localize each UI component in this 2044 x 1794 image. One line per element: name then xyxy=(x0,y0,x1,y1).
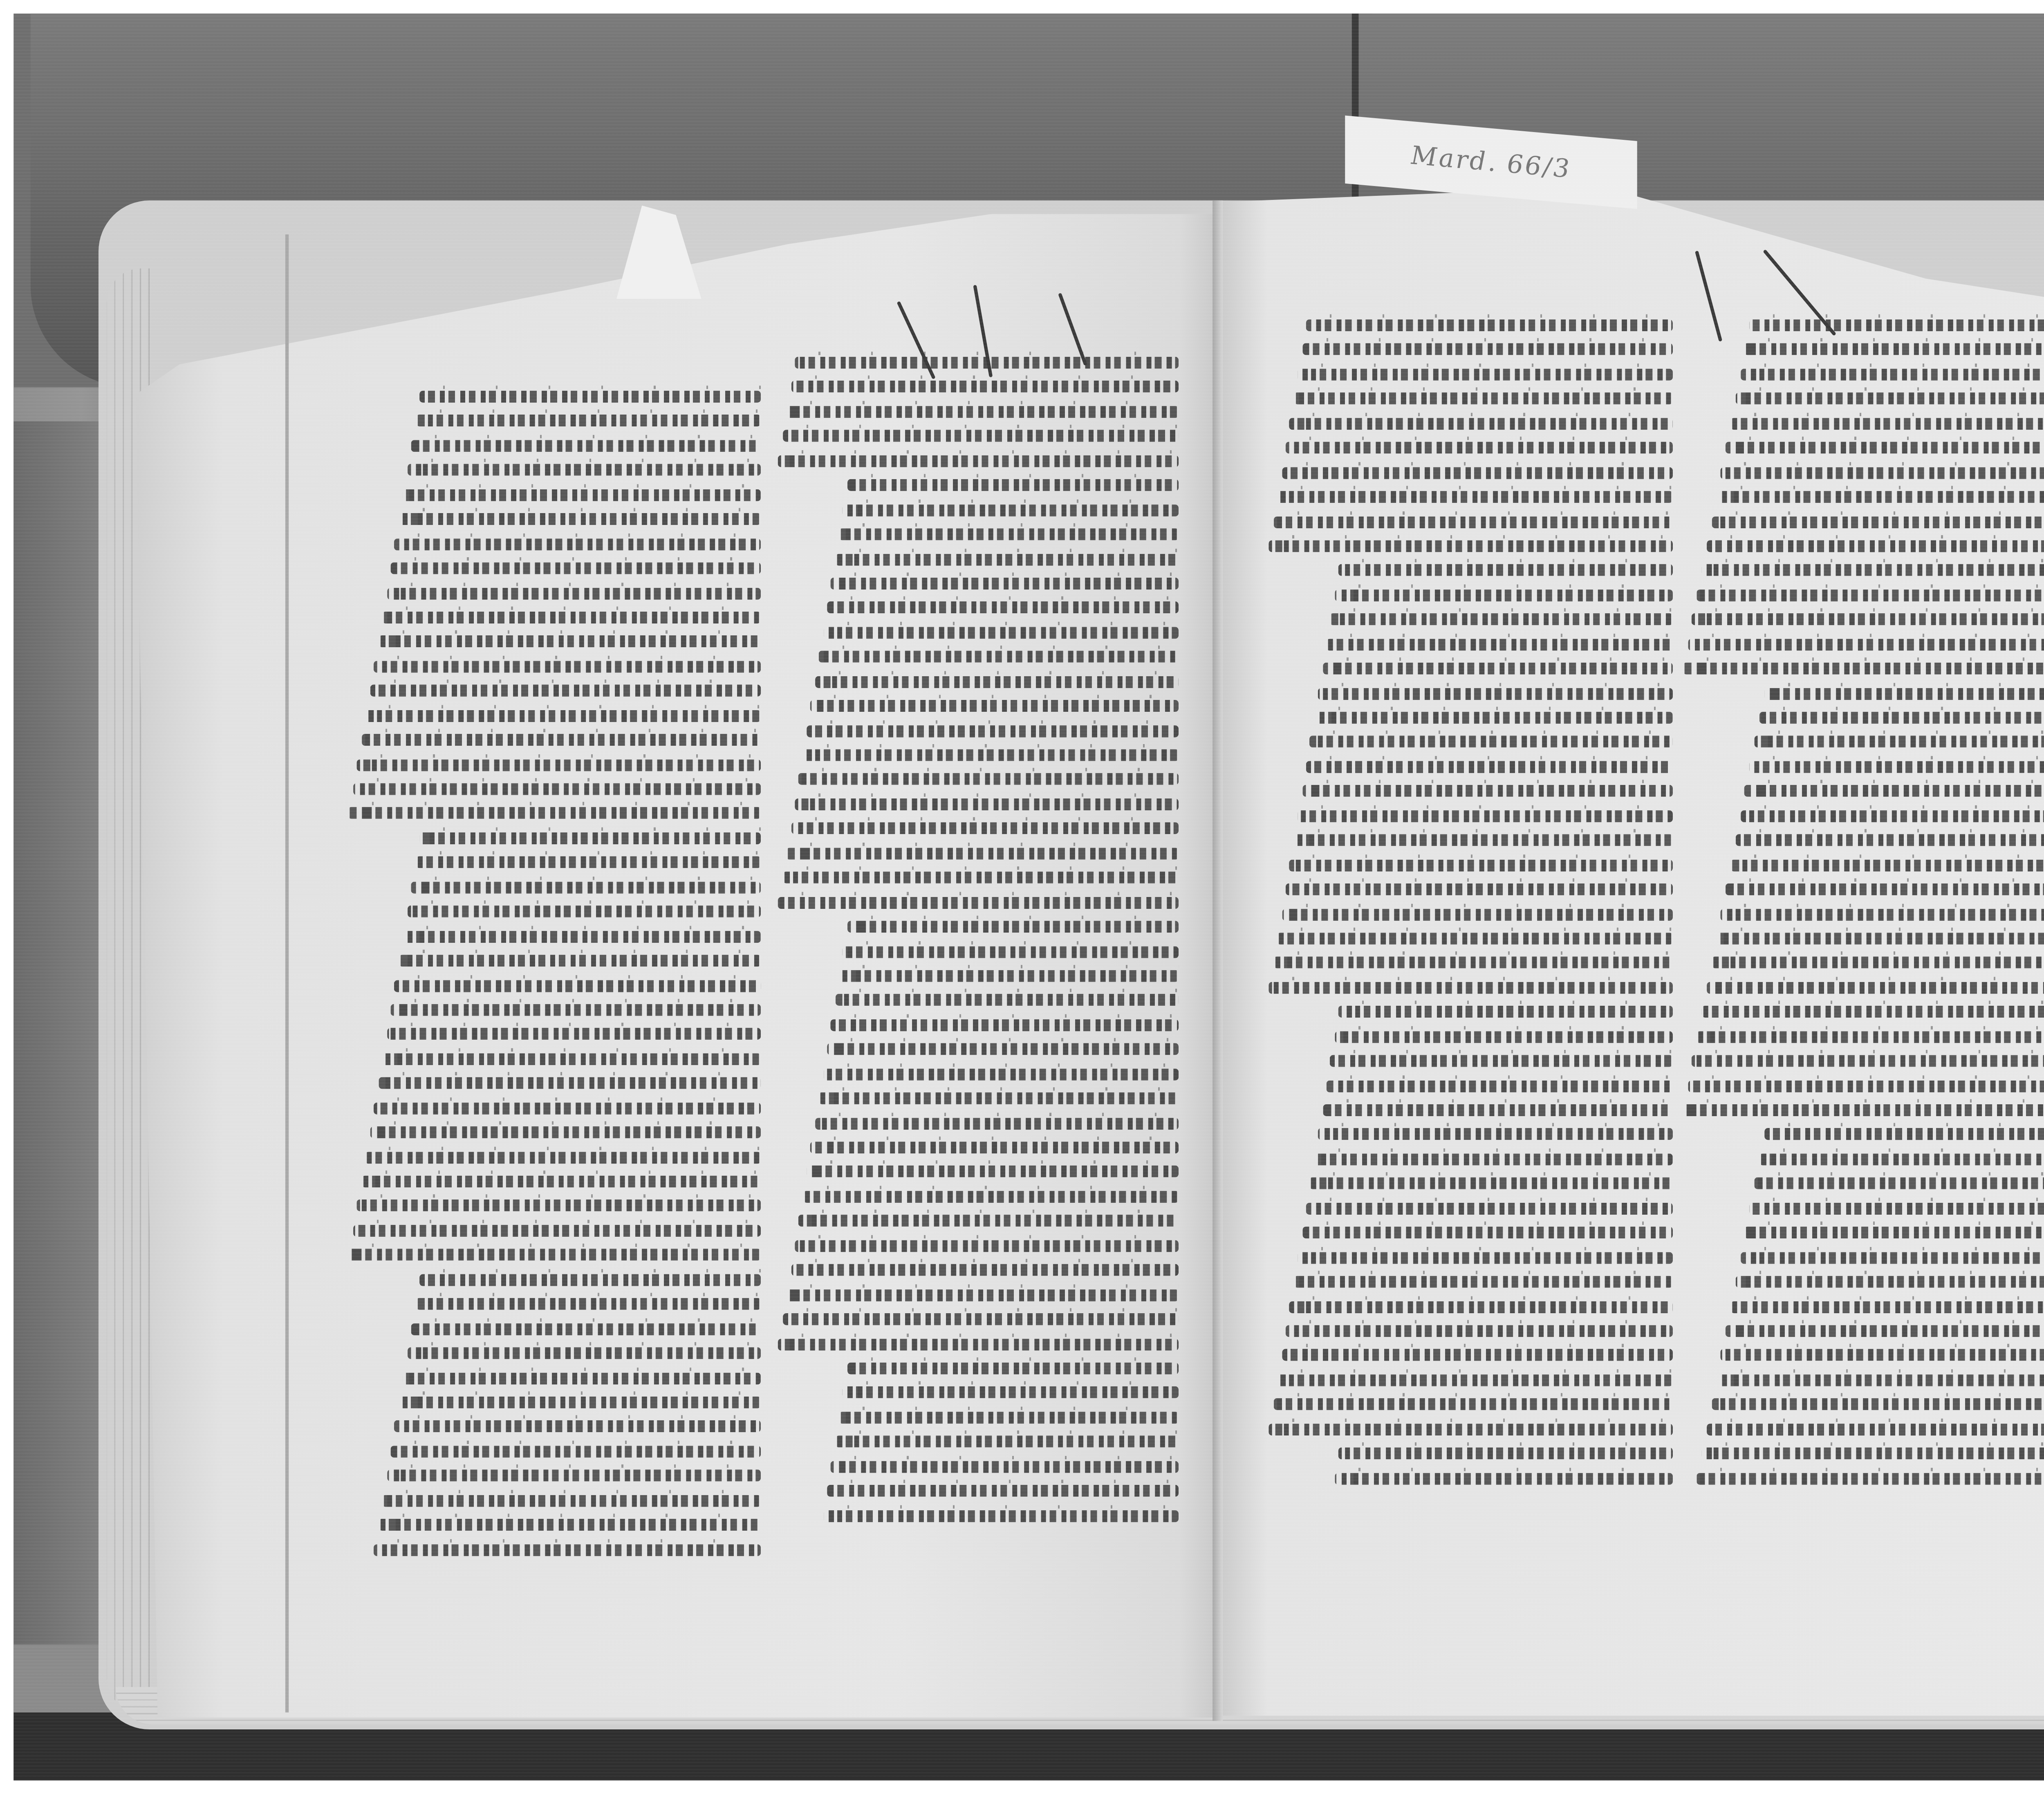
script-line xyxy=(1759,712,2044,724)
script-line xyxy=(1322,1104,1673,1116)
script-line xyxy=(807,724,1179,736)
script-line xyxy=(420,391,761,403)
script-line xyxy=(1330,1055,1672,1067)
script-line xyxy=(778,1338,1179,1350)
script-line xyxy=(1273,516,1673,527)
script-line xyxy=(1314,1153,1673,1165)
script-line xyxy=(386,587,761,599)
script-line xyxy=(382,1494,761,1506)
script-line xyxy=(835,553,1179,565)
script-line xyxy=(1294,1276,1673,1288)
script-line xyxy=(847,921,1179,933)
script-line xyxy=(803,749,1179,761)
script-line xyxy=(1277,1374,1673,1386)
script-line xyxy=(1269,540,1673,552)
script-line xyxy=(831,1019,1179,1031)
script-line xyxy=(791,381,1179,393)
script-line xyxy=(1290,1301,1673,1312)
script-line xyxy=(843,945,1179,957)
script-line xyxy=(1740,1251,2044,1263)
script-line xyxy=(1298,810,1673,822)
script-line xyxy=(407,1347,761,1359)
script-line xyxy=(1334,1031,1672,1043)
script-line xyxy=(390,1004,761,1016)
script-line xyxy=(1707,982,2044,993)
script-line xyxy=(1306,1202,1673,1214)
script-line xyxy=(382,1053,761,1065)
script-line xyxy=(1282,466,1673,478)
script-line xyxy=(823,1509,1179,1521)
script-line xyxy=(827,602,1179,614)
text-column-left-page-inner xyxy=(774,357,1179,1534)
script-line xyxy=(399,1396,761,1408)
script-line xyxy=(787,1289,1179,1301)
shelf-mark-text: Mard. 66/3 xyxy=(1411,140,1571,184)
script-line xyxy=(1721,908,2044,920)
script-line xyxy=(1721,1350,2044,1361)
script-line xyxy=(1277,933,1673,944)
script-line xyxy=(415,857,761,869)
script-line xyxy=(370,1126,761,1138)
script-line xyxy=(403,489,761,501)
script-line xyxy=(843,504,1179,516)
script-line xyxy=(349,1249,761,1261)
script-line xyxy=(843,1387,1179,1399)
script-line xyxy=(399,955,761,967)
script-line xyxy=(353,783,761,795)
script-line xyxy=(1318,1129,1673,1141)
script-line xyxy=(1697,1031,2044,1043)
script-line xyxy=(1298,1251,1673,1263)
book-gutter xyxy=(1213,200,1223,1721)
script-line xyxy=(378,1077,761,1089)
script-line xyxy=(1707,1423,2044,1435)
script-line xyxy=(420,832,761,844)
script-line xyxy=(1282,908,1673,920)
script-line xyxy=(1711,957,2044,969)
script-line xyxy=(839,970,1179,982)
script-line xyxy=(1290,859,1673,871)
script-line xyxy=(819,1092,1179,1104)
script-line xyxy=(1318,687,1673,699)
script-line xyxy=(390,563,761,574)
script-line xyxy=(1750,1202,2044,1214)
script-line xyxy=(1338,1448,1673,1460)
script-line xyxy=(1322,663,1673,675)
script-line xyxy=(831,578,1179,590)
script-line xyxy=(1334,1472,1672,1484)
script-line xyxy=(1310,1178,1673,1190)
script-line xyxy=(831,1460,1179,1472)
script-line xyxy=(357,1200,761,1212)
script-line xyxy=(1269,1423,1673,1435)
script-line xyxy=(1730,859,2044,871)
script-line xyxy=(374,1543,761,1555)
script-line xyxy=(361,1175,761,1187)
script-line xyxy=(353,1224,761,1236)
script-line xyxy=(1711,516,2044,527)
script-line xyxy=(1726,884,2044,895)
script-line xyxy=(378,636,761,648)
script-line xyxy=(403,931,761,942)
script-line xyxy=(1711,1399,2044,1411)
script-line xyxy=(411,1323,761,1334)
script-line xyxy=(1745,344,2044,356)
script-line xyxy=(1327,1080,1673,1092)
script-line xyxy=(365,710,761,722)
text-column-right-page-outer xyxy=(1678,319,2044,1497)
script-line xyxy=(386,1470,761,1482)
script-line xyxy=(1282,1350,1673,1361)
script-line xyxy=(1702,1006,2044,1018)
text-column-left-page-outer xyxy=(345,391,761,1568)
script-line xyxy=(1294,834,1673,846)
script-line xyxy=(374,1102,761,1114)
script-line xyxy=(1735,393,2044,405)
script-line xyxy=(370,685,761,697)
script-line xyxy=(782,872,1179,884)
script-line xyxy=(1759,1153,2044,1165)
script-line xyxy=(1721,466,2044,478)
script-line xyxy=(420,1274,761,1285)
photo-stage: Mard. 66/3 xyxy=(0,0,2044,1794)
script-line xyxy=(1707,540,2044,552)
script-line xyxy=(415,415,761,427)
script-line xyxy=(403,1372,761,1384)
script-line xyxy=(1334,589,1672,601)
script-line xyxy=(1294,393,1673,405)
script-line xyxy=(1306,761,1673,773)
script-line xyxy=(361,734,761,746)
script-line xyxy=(839,1411,1179,1423)
script-line xyxy=(1683,1104,2044,1116)
script-line xyxy=(1726,442,2044,454)
script-line xyxy=(791,823,1179,834)
script-line xyxy=(1692,1055,2044,1067)
script-line xyxy=(1755,1178,2044,1190)
script-line xyxy=(1273,1399,1673,1411)
script-line xyxy=(1745,785,2044,797)
script-line xyxy=(827,1043,1179,1055)
script-line xyxy=(411,440,761,452)
script-line xyxy=(1716,1374,2044,1386)
script-line xyxy=(799,774,1179,785)
script-line xyxy=(394,1421,761,1433)
script-line xyxy=(382,612,761,623)
script-line xyxy=(1692,614,2044,626)
left-margin-fold xyxy=(285,234,289,1712)
script-line xyxy=(386,1029,761,1041)
script-line xyxy=(1740,368,2044,380)
script-line xyxy=(1298,368,1673,380)
script-line xyxy=(811,700,1179,712)
script-line xyxy=(1735,834,2044,846)
script-line xyxy=(1702,565,2044,576)
script-line xyxy=(791,1264,1179,1276)
script-line xyxy=(1735,1276,2044,1288)
script-line xyxy=(394,538,761,550)
script-line xyxy=(811,1141,1179,1153)
script-line xyxy=(847,1362,1179,1374)
script-line xyxy=(835,994,1179,1006)
script-line xyxy=(1716,933,2044,944)
script-line xyxy=(1286,884,1673,895)
script-line xyxy=(1688,638,2044,650)
script-line xyxy=(1730,1301,2044,1312)
script-line xyxy=(1302,344,1673,356)
script-line xyxy=(778,896,1179,908)
script-line xyxy=(390,1445,761,1457)
script-line xyxy=(1764,687,2044,699)
script-line xyxy=(823,627,1179,639)
script-line xyxy=(795,1240,1179,1251)
script-line xyxy=(1338,565,1673,576)
script-line xyxy=(819,651,1179,663)
script-line xyxy=(1745,1227,2044,1239)
script-line xyxy=(839,529,1179,540)
script-line xyxy=(782,1313,1179,1325)
script-line xyxy=(1688,1080,2044,1092)
script-line xyxy=(1277,491,1673,503)
script-line xyxy=(1716,491,2044,503)
script-line xyxy=(1764,1129,2044,1141)
script-line xyxy=(1683,663,2044,675)
script-line xyxy=(847,480,1179,491)
script-line xyxy=(1327,638,1673,650)
script-line xyxy=(807,1166,1179,1178)
script-line xyxy=(399,514,761,525)
script-line xyxy=(1338,1006,1673,1018)
script-line xyxy=(1730,417,2044,429)
script-line xyxy=(782,431,1179,442)
script-line xyxy=(827,1485,1179,1497)
text-column-right-page-inner xyxy=(1265,319,1673,1497)
script-line xyxy=(778,455,1179,467)
script-line xyxy=(1697,1472,2044,1484)
script-line xyxy=(357,759,761,771)
script-line xyxy=(1302,785,1673,797)
script-line xyxy=(394,980,761,991)
script-line xyxy=(1330,614,1672,626)
script-line xyxy=(795,798,1179,810)
script-line xyxy=(1302,1227,1673,1239)
script-line xyxy=(407,906,761,918)
script-line xyxy=(803,1191,1179,1202)
script-line xyxy=(1750,761,2044,773)
script-line xyxy=(1740,810,2044,822)
script-line xyxy=(1310,736,1673,748)
script-line xyxy=(823,1068,1179,1080)
script-line xyxy=(787,406,1179,418)
script-line xyxy=(1273,957,1673,969)
script-line xyxy=(1306,319,1673,331)
script-line xyxy=(415,1298,761,1310)
script-line xyxy=(787,847,1179,859)
script-line xyxy=(1726,1325,2044,1337)
script-line xyxy=(815,1117,1179,1129)
script-line xyxy=(1290,417,1673,429)
script-line xyxy=(1702,1448,2044,1460)
script-line xyxy=(1755,736,2044,748)
script-line xyxy=(1750,319,2044,331)
script-line xyxy=(1286,1325,1673,1337)
script-line xyxy=(799,1215,1179,1227)
script-line xyxy=(1269,982,1673,993)
script-line xyxy=(1697,589,2044,601)
script-line xyxy=(835,1436,1179,1448)
script-line xyxy=(815,676,1179,688)
script-line xyxy=(407,464,761,476)
script-line xyxy=(1314,712,1673,724)
script-line xyxy=(374,661,761,673)
script-line xyxy=(365,1151,761,1163)
script-line xyxy=(411,881,761,893)
script-line xyxy=(349,808,761,820)
script-line xyxy=(1286,442,1673,454)
script-line xyxy=(378,1519,761,1531)
manuscript-photograph: Mard. 66/3 xyxy=(13,13,2044,1781)
